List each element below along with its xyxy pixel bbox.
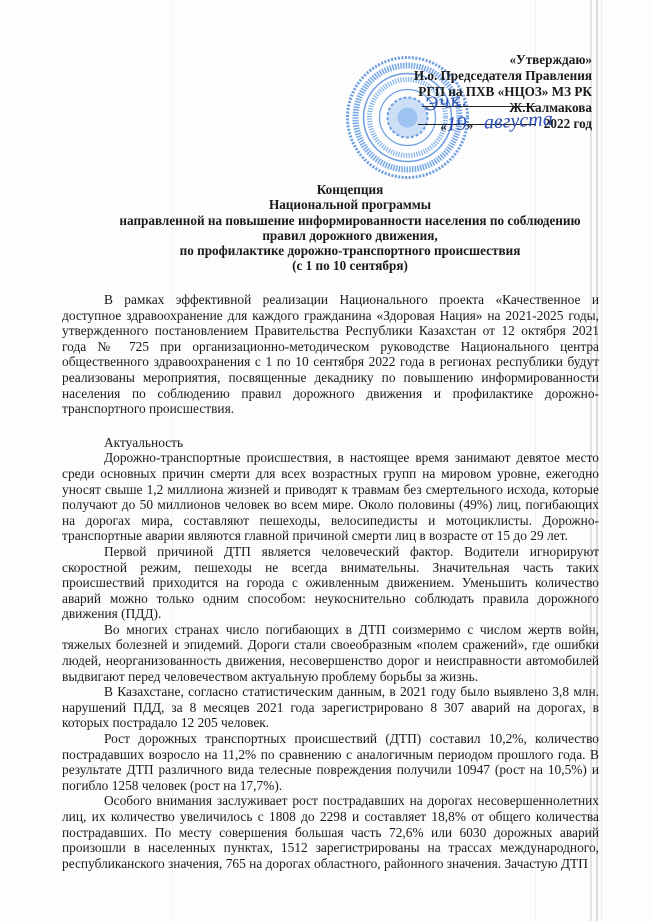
body-paragraph: В Казахстане, согласно статистическим да… xyxy=(62,684,599,731)
scan-artifact-line xyxy=(601,0,602,921)
date-day: 19 xyxy=(446,113,467,136)
title-line: (с 1 по 10 сентября) xyxy=(100,258,600,273)
document-title: Концепция Национальной программы направл… xyxy=(100,182,600,274)
approval-heading: «Утверждаю» xyxy=(414,52,592,68)
section-heading: Актуальность xyxy=(62,435,599,451)
body-paragraph: Первой причиной ДТП является человечески… xyxy=(62,544,599,622)
document-body: В рамках эффективной реализации Национал… xyxy=(62,292,599,871)
body-paragraph: Особого внимания заслуживает рост постра… xyxy=(62,793,599,871)
body-paragraph: Рост дорожных транспортных происшествий … xyxy=(62,731,599,793)
title-line: по профилактике дорожно-транспортного пр… xyxy=(100,243,600,258)
title-line: направленной на повышение информированно… xyxy=(100,213,600,228)
body-paragraph: Во многих странах число погибающих в ДТП… xyxy=(62,622,599,684)
intro-paragraph: В рамках эффективной реализации Национал… xyxy=(62,292,599,417)
date-quote-close: » xyxy=(466,117,473,132)
handwritten-date: «19» августа xyxy=(439,108,553,137)
date-month: августа xyxy=(483,108,553,134)
approver-title: И.о. Председателя Правления xyxy=(414,68,592,84)
title-line: правил дорожного движения, xyxy=(100,228,600,243)
title-line: Национальной программы xyxy=(100,197,600,212)
body-paragraph: Дорожно-транспортные происшествия, в нас… xyxy=(62,450,599,544)
title-line: Концепция xyxy=(100,182,600,197)
